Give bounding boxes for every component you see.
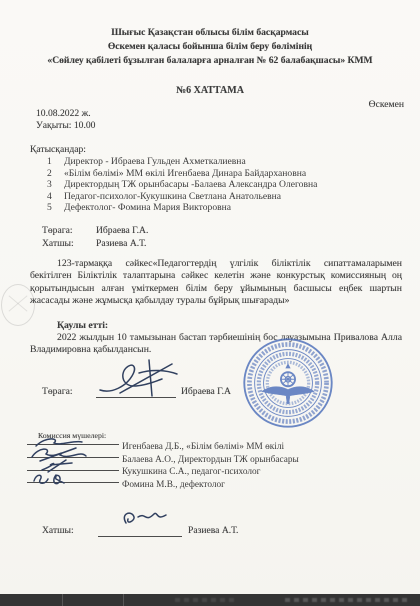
resolution-label: Қаулы етті: (57, 320, 108, 331)
chairman-name: Ибраева Г.А. (96, 225, 148, 237)
main-paragraph: 123-тармаққа сәйкес«Педагогтердің үлгілі… (30, 258, 402, 307)
member-name: Балаева А.О., Директордын ТЖ орынбасары (122, 455, 299, 465)
org-header-line1: Шығыс Қазақстан облысы білім басқармасы (0, 26, 420, 40)
city-label: Өскемен (369, 99, 404, 111)
participant-row: 5Дефектолог- Фомина Мария Викторовна (47, 202, 231, 214)
member-name: Игенбаева Д.Б., «Білім бөлімі» ММ өкілі (122, 442, 284, 452)
participant-row: 1Директор - Ибраева Гульден Ахметкалиевн… (47, 156, 246, 168)
member-signature (28, 471, 88, 487)
org-header-line2: Өскемен қаласы бойынша білім беру бөлімі… (0, 40, 420, 54)
participant-text: «Білім бөлімі» ММ өкілі Игенбаева Динара… (64, 168, 306, 179)
participant-number: 2 (47, 168, 64, 180)
secretary-sign-name: Разиева А.Т. (188, 525, 238, 537)
kazakhstan-emblem (262, 364, 315, 403)
faint-ghost-ring (1, 284, 35, 326)
participant-number: 4 (47, 191, 64, 203)
participant-number: 3 (47, 179, 64, 191)
chairman-label: Төрага: (42, 225, 73, 237)
chairman-sign-label: Төрага: (42, 386, 73, 398)
participant-row: 3Директордың ТЖ орынбасары -Балаева Алек… (47, 179, 317, 191)
secretary-sign-label: Хатшы: (42, 525, 74, 537)
chairman-signature (92, 356, 192, 400)
document-title: №6 ХАТТАМА (0, 85, 420, 96)
resolution-text: 2022 жылдын 10 тамызынан бастап тәрбиеші… (30, 332, 402, 357)
secretary-label: Хатшы: (42, 238, 74, 250)
participant-row: 2«Білім бөлімі» ММ өкілі Игенбаева Динар… (47, 168, 306, 180)
member-name: Кукушкина С.А., педагог-психолог (122, 467, 260, 477)
time-label: Уақыты: 10.00 (36, 120, 95, 132)
next-page-edge-strip (0, 594, 420, 606)
scanned-document-page: Шығыс Қазақстан облысы білім басқармасы … (0, 0, 420, 606)
official-round-stamp (241, 336, 335, 430)
org-header-line3: «Сөйлеу қабілеті бұзылған балаларға арна… (0, 54, 420, 68)
secretary-signature (112, 508, 192, 530)
participant-number: 5 (47, 202, 64, 214)
participants-label: Қатысқандар: (30, 144, 86, 156)
participant-text: Педагог-психолог-Кукушкина Светлана Анат… (64, 191, 281, 202)
secretary-name: Разиева А.Т. (96, 238, 146, 250)
date-label: 10.08.2022 ж. (36, 108, 91, 120)
participant-text: Директор - Ибраева Гульден Ахметкалиевна (64, 156, 246, 167)
participant-row: 4Педагог-психолог-Кукушкина Светлана Ана… (47, 191, 281, 203)
participant-text: Дефектолог- Фомина Мария Викторовна (64, 202, 231, 213)
member-name: Фомина М.В., дефектолог (122, 480, 225, 490)
participant-text: Директордың ТЖ орынбасары -Балаева Алекс… (64, 179, 317, 190)
participant-number: 1 (47, 156, 64, 168)
